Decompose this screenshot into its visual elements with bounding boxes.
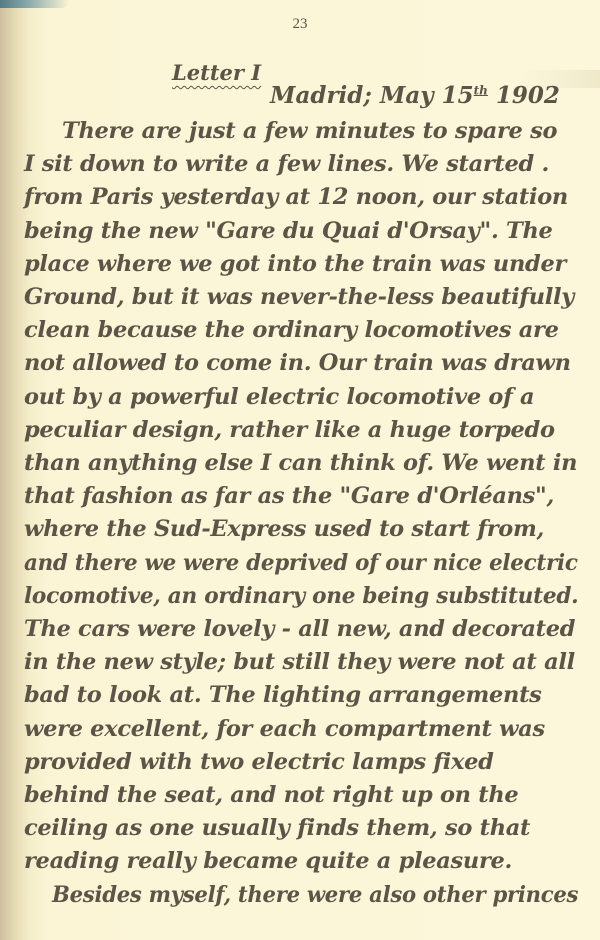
body-line: reading really became quite a pleasure. <box>24 848 512 874</box>
body-line: Ground, but it was never-the-less beauti… <box>24 284 574 310</box>
body-line: place where we got into the train was un… <box>24 251 566 277</box>
body-line: and there we were deprived of our nice e… <box>24 550 578 576</box>
letter-title: Letter I <box>172 60 261 85</box>
book-page: 23 Letter I Madrid; May 15th 1902 There … <box>0 0 600 940</box>
body-line: There are just a few minutes to spare so <box>62 118 557 144</box>
body-line: I sit down to write a few lines. We star… <box>24 151 549 177</box>
body-line: than anything else I can think of. We we… <box>24 450 577 476</box>
body-line: clean because the ordinary locomotives a… <box>24 317 559 343</box>
body-line: peculiar design, rather like a huge torp… <box>24 417 555 443</box>
body-line: locomotive, an ordinary one being substi… <box>24 583 578 609</box>
page-number: 23 <box>0 16 600 33</box>
body-line: that fashion as far as the "Gare d'Orléa… <box>24 483 554 509</box>
body-line: not allowed to come in. Our train was dr… <box>24 350 571 376</box>
body-line: out by a powerful electric locomotive of… <box>24 384 534 410</box>
dateline-year: 1902 <box>488 82 560 109</box>
dateline-ordinal: th <box>474 83 488 97</box>
body-line: from Paris yesterday at 12 noon, our sta… <box>24 184 568 210</box>
body-line: provided with two electric lamps fixed <box>24 749 494 775</box>
body-line: The cars were lovely - all new, and deco… <box>24 616 575 642</box>
body-line: behind the seat, and not right up on the <box>24 782 518 808</box>
dateline-place-date: Madrid; May 15 <box>270 82 474 109</box>
page-corner-edge <box>0 0 70 8</box>
body-line: ceiling as one usually finds them, so th… <box>24 815 530 841</box>
body-line: where the Sud-Express used to start from… <box>24 516 544 542</box>
body-line: were excellent, for each compartment was <box>24 716 545 742</box>
body-line: being the new "Gare du Quai d'Orsay". Th… <box>24 218 553 244</box>
body-line: bad to look at. The lighting arrangement… <box>24 682 542 708</box>
body-line: in the new style; but still they were no… <box>24 649 575 675</box>
body-line: Besides myself, there were also other pr… <box>52 882 578 908</box>
letter-dateline: Madrid; May 15th 1902 <box>270 82 560 109</box>
